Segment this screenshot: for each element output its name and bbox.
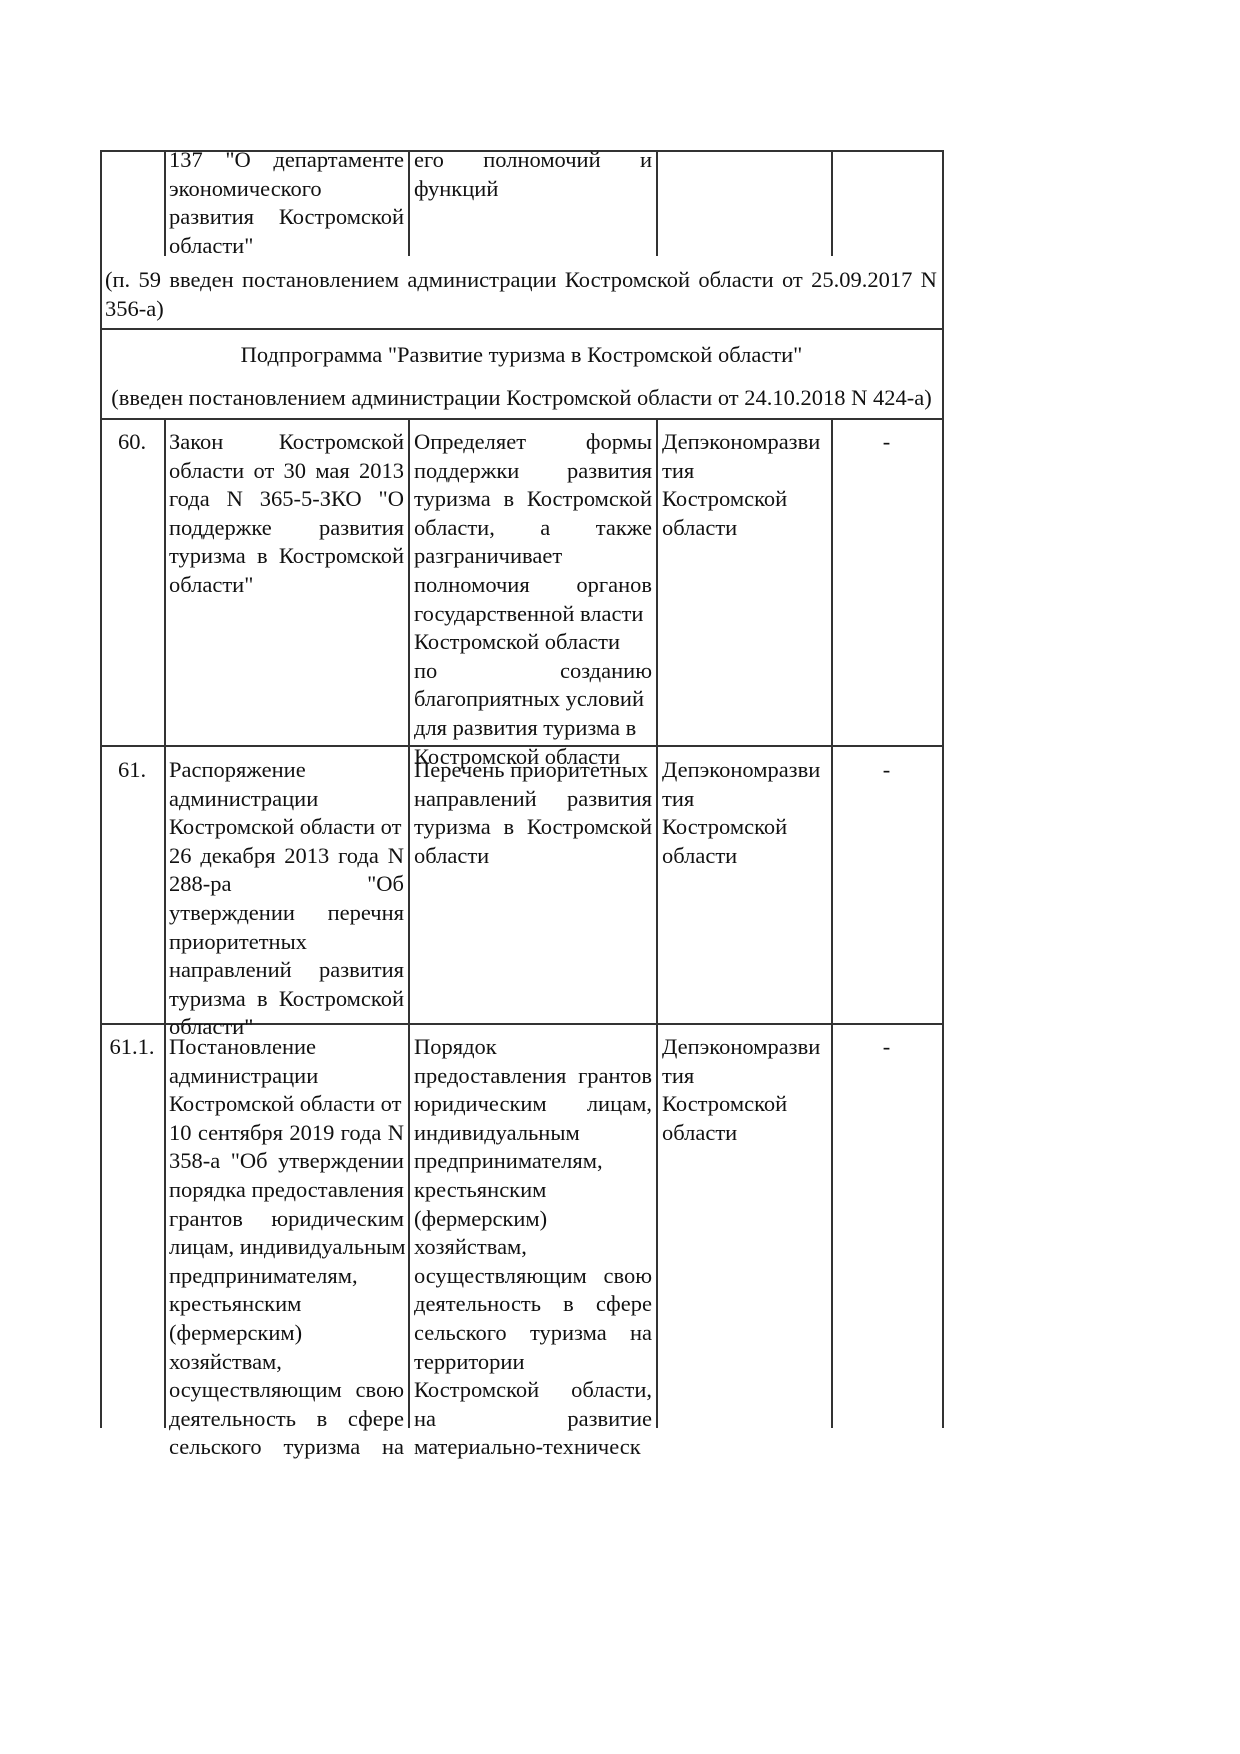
text-line: предпринимателям, <box>169 1262 404 1291</box>
text-line: (п.59введенпостановлениемадминистрацииКо… <box>105 266 937 295</box>
row-divider <box>100 418 943 420</box>
row-act: ПостановлениеадминистрацииКостромской об… <box>169 1033 404 1462</box>
text-line: утвержденииперечня <box>169 899 404 928</box>
col-divider-3 <box>656 418 658 1428</box>
text-line: областиот30мая2013 <box>169 457 404 486</box>
continued-row-content: егополномочийифункций <box>414 146 652 203</box>
text-line: области <box>662 514 828 543</box>
text-line: тия <box>662 1062 828 1091</box>
text-line: туризмавКостромской <box>414 813 652 842</box>
col-divider-4 <box>831 418 833 1428</box>
row-content: Перечень приоритетныхнаправленийразвития… <box>414 756 652 870</box>
row-responsible: ДепэкономразвитияКостромскойобласти <box>662 428 828 542</box>
row-act: РаспоряжениеадминистрацииКостромской обл… <box>169 756 404 1042</box>
text-line: материально-техническ <box>414 1433 652 1462</box>
text-line: Костромской области от <box>169 1090 404 1119</box>
text-line: крестьянским <box>169 1290 404 1319</box>
subprogram-amendment: (введен постановлением администрации Кос… <box>100 384 943 413</box>
text-line: 26декабря2013годаN <box>169 842 404 871</box>
col-divider-1 <box>164 150 166 256</box>
text-line: области,атакже <box>414 514 652 543</box>
text-line: 358-а"Обутверждении <box>169 1147 404 1176</box>
text-line: деятельностьвсфере <box>414 1290 652 1319</box>
text-line: области" <box>169 571 404 600</box>
row-number: 61.1. <box>100 1033 164 1062</box>
text-line: направленийразвития <box>414 785 652 814</box>
text-line: наразвитие <box>414 1405 652 1434</box>
text-line: ЗаконКостромской <box>169 428 404 457</box>
text-line: администрации <box>169 1062 404 1091</box>
text-line: функций <box>414 175 652 204</box>
text-line: индивидуальным <box>414 1119 652 1148</box>
text-line: области <box>662 842 828 871</box>
row-divider <box>100 328 943 330</box>
text-line: области <box>414 842 652 871</box>
text-line: 137"Одепартаменте <box>169 146 404 175</box>
text-line: лицам, индивидуальным <box>169 1233 404 1262</box>
text-line: Порядок <box>414 1033 652 1062</box>
text-line: егополномочийи <box>414 146 652 175</box>
text-line: осуществляющимсвою <box>169 1376 404 1405</box>
subprogram-title: Подпрограмма "Развитие туризма в Костром… <box>100 341 943 370</box>
col-divider-2 <box>408 150 410 256</box>
row-content: Определяетформыподдержкиразвитиятуризмав… <box>414 428 652 771</box>
text-line: крестьянским <box>414 1176 652 1205</box>
text-line: Костромской <box>662 1090 828 1119</box>
text-line: Костромской области <box>414 628 652 657</box>
row-note: - <box>831 428 942 457</box>
document-page: 137"ОдепартаментеэкономическогоразвитияК… <box>0 0 1240 1754</box>
text-line: юридическимлицам, <box>414 1090 652 1119</box>
text-line: Депэкономразви <box>662 428 828 457</box>
text-line: разграничивает <box>414 542 652 571</box>
text-line: Определяетформы <box>414 428 652 457</box>
text-line: Костромской <box>662 813 828 842</box>
row-responsible: ДепэкономразвитияКостромскойобласти <box>662 756 828 870</box>
text-line: благоприятных условий <box>414 685 652 714</box>
row-number: 61. <box>100 756 164 785</box>
text-line: поддержкеразвития <box>169 514 404 543</box>
col-divider-2 <box>408 418 410 1428</box>
text-line: посозданию <box>414 657 652 686</box>
text-line: Костромскойобласти, <box>414 1376 652 1405</box>
text-line: приоритетных <box>169 928 404 957</box>
text-line: предоставлениягрантов <box>414 1062 652 1091</box>
text-line: 356-а) <box>105 295 937 324</box>
text-line: Постановление <box>169 1033 404 1062</box>
text-line: грантовюридическим <box>169 1205 404 1234</box>
text-line: туризмавКостромской <box>169 985 404 1014</box>
text-line: территории <box>414 1348 652 1377</box>
text-line: туризмавКостромской <box>414 485 652 514</box>
text-line: (фермерским) <box>169 1319 404 1348</box>
text-line: Костромской области от <box>169 813 404 842</box>
row-content: Порядокпредоставлениягрантовюридическимл… <box>414 1033 652 1462</box>
continued-row-act: 137"ОдепартаментеэкономическогоразвитияК… <box>169 146 404 260</box>
amendment-note-59: (п.59введенпостановлениемадминистрацииКо… <box>105 266 937 323</box>
text-line: (фермерским) <box>414 1205 652 1234</box>
text-line: Депэкономразви <box>662 756 828 785</box>
text-line: области <box>662 1119 828 1148</box>
text-line: для развития туризма в <box>414 714 652 743</box>
text-line: сельскоготуризмана <box>414 1319 652 1348</box>
text-line: Депэкономразви <box>662 1033 828 1062</box>
text-line: сельскоготуризмана <box>169 1433 404 1462</box>
text-line: государственной власти <box>414 600 652 629</box>
text-line: развитияКостромской <box>169 203 404 232</box>
text-line: области" <box>169 232 404 261</box>
text-line: порядка предоставления <box>169 1176 404 1205</box>
text-line: хозяйствам, <box>414 1233 652 1262</box>
text-line: администрации <box>169 785 404 814</box>
row-act: ЗаконКостромскойобластиот30мая2013годаN3… <box>169 428 404 600</box>
text-line: полномочияорганов <box>414 571 652 600</box>
row-note: - <box>831 756 942 785</box>
row-note: - <box>831 1033 942 1062</box>
text-line: экономического <box>169 175 404 204</box>
col-divider-1 <box>164 418 166 1428</box>
text-line: Костромской <box>662 485 828 514</box>
text-line: осуществляющимсвою <box>414 1262 652 1291</box>
col-divider-3 <box>656 150 658 256</box>
text-line: поддержкиразвития <box>414 457 652 486</box>
text-line: хозяйствам, <box>169 1348 404 1377</box>
text-line: тия <box>662 457 828 486</box>
text-line: 10сентября2019годаN <box>169 1119 404 1148</box>
row-number: 60. <box>100 428 164 457</box>
col-divider-4 <box>831 150 833 256</box>
text-line: 288-ра"Об <box>169 870 404 899</box>
text-line: тия <box>662 785 828 814</box>
text-line: туризмавКостромской <box>169 542 404 571</box>
text-line: направленийразвития <box>169 956 404 985</box>
text-line: предпринимателям, <box>414 1147 652 1176</box>
text-line: годаN365-5-ЗКО"О <box>169 485 404 514</box>
text-line: Распоряжение <box>169 756 404 785</box>
text-line: Перечень приоритетных <box>414 756 652 785</box>
text-line: деятельностьвсфере <box>169 1405 404 1434</box>
row-responsible: ДепэкономразвитияКостромскойобласти <box>662 1033 828 1147</box>
